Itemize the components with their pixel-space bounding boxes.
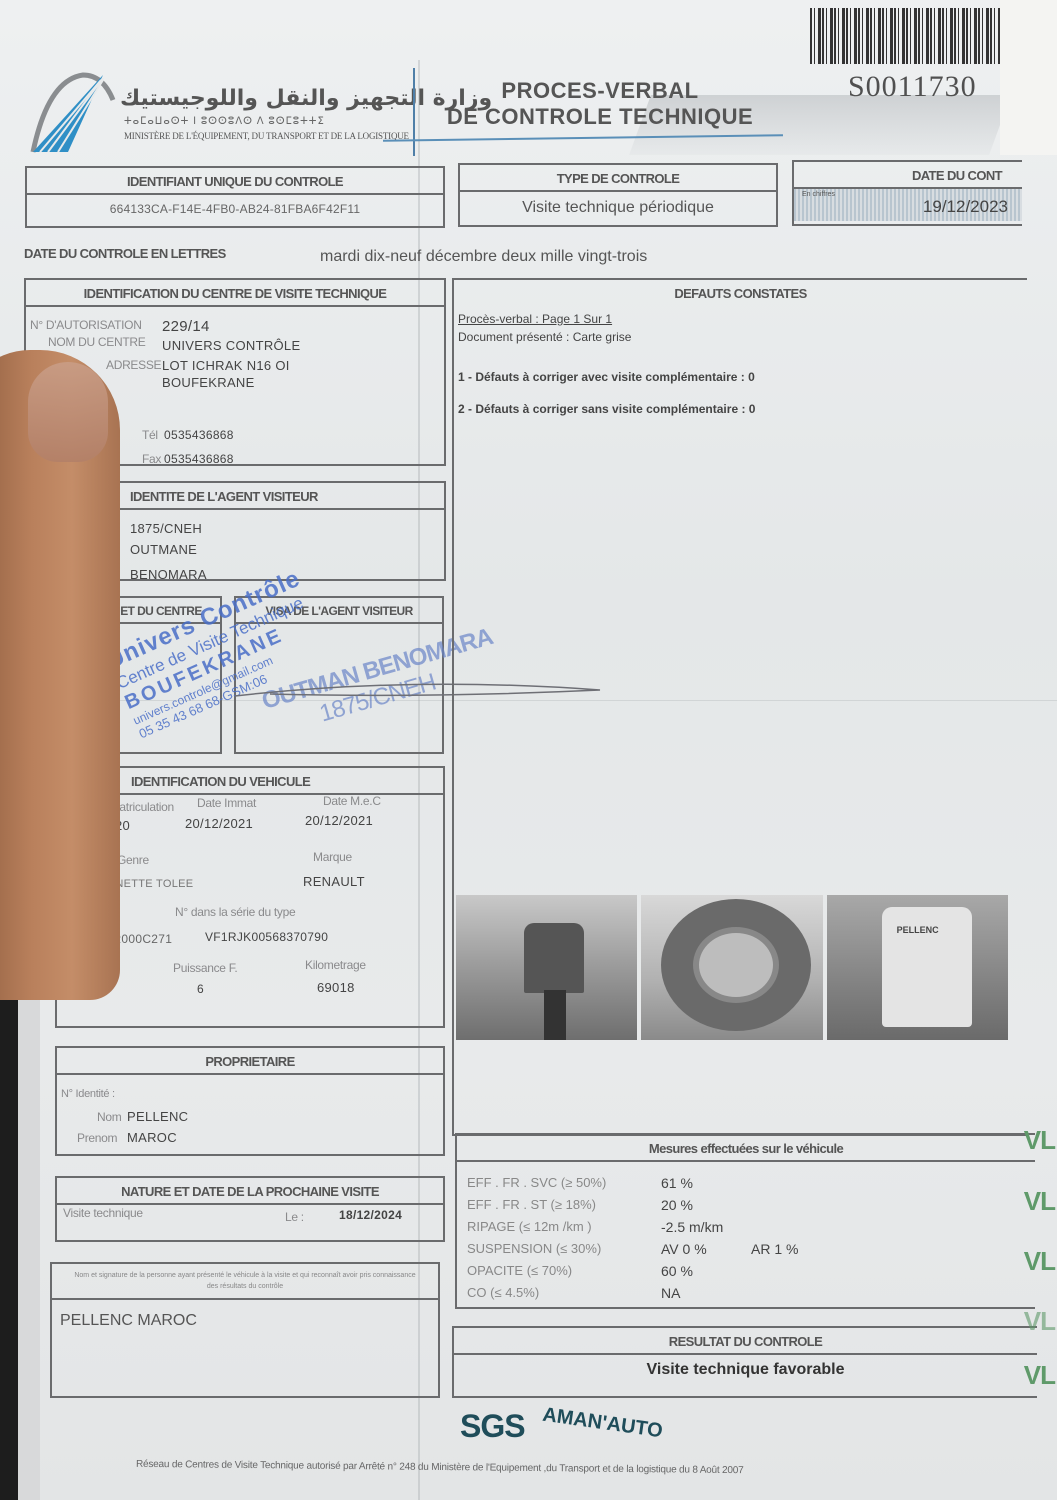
defaut-item: 2 - Défauts à corriger sans visite compl… (458, 402, 755, 416)
mesure-label: CO (≤ 4.5%) (467, 1285, 539, 1300)
signature-value: PELLENC MAROC (60, 1312, 197, 1330)
mesure-value: 61 % (661, 1175, 693, 1191)
identifiant-value: 664133CA-F14E-4FB0-AB24-81FBA6F42F11 (27, 195, 443, 216)
nom-value: PELLENC (127, 1109, 188, 1124)
mesure-label: EFF . FR . ST (≥ 18%) (467, 1197, 596, 1212)
kilometrage-value: 69018 (317, 980, 355, 995)
proprietaire-box: PROPRIETAIRE N° Identité : Nom PELLENC P… (55, 1046, 445, 1156)
date-controle-value: 19/12/2023 (923, 197, 1008, 217)
ministry-name-tifinagh: ⵜⴰⵎⴰⵡⴰⵙⵜ ⵏ ⵓⵙⵙⵓⴷⵙ ⴷ ⵓⵙⵎⵓⵜⵜⵉ (124, 116, 325, 127)
type-controle-value: Visite technique périodique (460, 192, 776, 217)
sgs-logo: SGS (460, 1408, 525, 1445)
title-line-2: DE CONTROLE TECHNIQUE (430, 104, 770, 130)
footer-text: Réseau de Centres de Visite Technique au… (136, 1459, 744, 1476)
mesure-label: OPACITE (≤ 70%) (467, 1263, 572, 1278)
agent-id: 1875/CNEH (130, 521, 202, 536)
mesure-row: OPACITE (≤ 70%)60 % (467, 1263, 867, 1285)
document-page: وزارة التجهيز والنقل واللوجيستيك ⵜⴰⵎⴰⵡⴰⵙ… (0, 0, 1057, 1500)
serial-number: S0011730 (848, 70, 977, 104)
barcode (810, 8, 1000, 64)
vehicle-photos: PELLENC (456, 895, 1008, 1040)
resultat-box: RESULTAT DU CONTROLE Visite technique fa… (452, 1326, 1037, 1398)
date-mec-label: Date M.e.C (323, 794, 381, 808)
mesure-row: EFF . FR . SVC (≥ 50%)61 % (467, 1175, 867, 1197)
resultat-header: RESULTAT DU CONTROLE (454, 1328, 1037, 1355)
vl-watermark: VL (1024, 1306, 1055, 1337)
autorisation-label: N° D'AUTORISATION (30, 318, 142, 332)
puissance-value: 6 (197, 982, 204, 996)
identifiant-box: IDENTIFIANT UNIQUE DU CONTROLE 664133CA-… (25, 166, 445, 228)
prenom-value: MAROC (127, 1130, 177, 1145)
mesure-row: SUSPENSION (≤ 30%)AV 0 %AR 1 % (467, 1241, 867, 1263)
mesure-value: -2.5 m/km (661, 1219, 723, 1235)
vl-watermark: VL (1024, 1246, 1055, 1277)
puissance-label: Puissance F. (173, 961, 237, 975)
prochaine-visite-box: NATURE ET DATE DE LA PROCHAINE VISITE Vi… (55, 1176, 445, 1242)
agent-prenom: OUTMANE (130, 542, 197, 557)
marque-value: RENAULT (303, 874, 365, 889)
identifiant-header: IDENTIFIANT UNIQUE DU CONTROLE (27, 168, 443, 195)
tel-label: Tél (142, 428, 158, 442)
fax-value: 0535436868 (164, 452, 234, 466)
mesure-row: CO (≤ 4.5%)NA (467, 1285, 867, 1307)
ministry-name-french: MINISTÈRE DE L'ÉQUIPEMENT, DU TRANSPORT … (124, 131, 409, 141)
mesure-label: SUSPENSION (≤ 30%) (467, 1241, 601, 1256)
date-mec-value: 20/12/2021 (305, 813, 373, 828)
genre-label: Genre (117, 853, 149, 867)
date-controle-header: DATE DU CONT (794, 162, 1022, 189)
fax-label: Fax (142, 452, 161, 466)
mesure-value: NA (661, 1285, 680, 1301)
proprietaire-header: PROPRIETAIRE (57, 1048, 443, 1075)
mesures-header: Mesures effectuées sur le véhicule (457, 1135, 1035, 1162)
nom-centre-value: UNIVERS CONTRÔLE (162, 338, 300, 353)
mesure-value: 20 % (661, 1197, 693, 1213)
agent-header: IDENTITE DE L'AGENT VISITEUR (114, 483, 444, 510)
date-immat-value: 20/12/2021 (185, 816, 253, 831)
vl-watermark: VL (1024, 1360, 1055, 1391)
marque-label: Marque (313, 850, 352, 864)
vl-watermark: VL (1024, 1186, 1055, 1217)
vl-watermark: VL (1024, 1125, 1055, 1156)
mesure-value-2: AR 1 % (751, 1241, 798, 1257)
page-info: Procès-verbal : Page 1 Sur 1 (458, 312, 612, 326)
amanauto-logo: AMAN'AUTO (541, 1404, 664, 1444)
fingernail (28, 362, 108, 462)
prochaine-visite-date: 18/12/2024 (339, 1208, 402, 1222)
centre-header: IDENTIFICATION DU CENTRE DE VISITE TECHN… (26, 280, 444, 307)
serie-label: N° dans la série du type (175, 905, 295, 919)
prochaine-visite-le-label: Le : (285, 1210, 304, 1224)
mesure-row: EFF . FR . ST (≥ 18%)20 % (467, 1197, 867, 1219)
title-separator (413, 68, 415, 156)
defauts-header: DEFAUTS CONSTATES (454, 280, 1027, 305)
tel-value: 0535436868 (164, 428, 234, 442)
kilometrage-label: Kilometrage (305, 958, 366, 972)
title-line-1: PROCES-VERBAL (430, 78, 770, 104)
date-controle-sublabel: En chiffres (802, 191, 835, 198)
nom-label: Nom (97, 1110, 121, 1124)
adresse-label: ADRESSE (106, 358, 161, 372)
mesure-value: AV 0 % (661, 1241, 707, 1257)
mesure-value: 60 % (661, 1263, 693, 1279)
agent-box: IDENTITE DE L'AGENT VISITEUR 1875/CNEH O… (112, 481, 446, 581)
adresse-line-2: BOUFEKRANE (162, 375, 255, 390)
ministry-logo-icon (28, 70, 118, 155)
photo-edge (0, 1000, 40, 1500)
type-controle-box: TYPE DE CONTROLE Visite technique périod… (458, 163, 778, 227)
type-controle-header: TYPE DE CONTROLE (460, 165, 776, 192)
background-patch (1000, 0, 1057, 155)
date-lettres-value: mardi dix-neuf décembre deux mille vingt… (320, 248, 647, 266)
adresse-line-1: LOT ICHRAK N16 OI (162, 358, 290, 373)
date-lettres-label: DATE DU CONTROLE EN LETTRES (24, 246, 226, 261)
signature-box: Nom et signature de la personne ayant pr… (50, 1262, 440, 1398)
prochaine-visite-header: NATURE ET DATE DE LA PROCHAINE VISITE (57, 1178, 443, 1205)
mesures-box: Mesures effectuées sur le véhicule EFF .… (455, 1133, 1035, 1309)
autorisation-value: 229/14 (162, 318, 210, 335)
agent-nom: BENOMARA (130, 567, 207, 582)
defaut-item: 1 - Défauts à corriger avec visite compl… (458, 370, 755, 384)
prenom-label: Prenom (77, 1131, 117, 1145)
mesure-label: EFF . FR . SVC (≥ 50%) (467, 1175, 606, 1190)
document-presente: Document présenté : Carte grise (458, 330, 631, 344)
date-immat-label: Date Immat (197, 796, 256, 810)
prochaine-visite-nature: Visite technique (63, 1206, 143, 1220)
document-title: PROCES-VERBAL DE CONTROLE TECHNIQUE (430, 78, 770, 130)
identite-label: N° Identité : (61, 1088, 115, 1100)
mesure-label: RIPAGE (≤ 12m /km ) (467, 1219, 592, 1234)
wheel-photo (641, 895, 822, 1040)
signature-header: Nom et signature de la personne ayant pr… (52, 1264, 438, 1300)
serie-value: VF1RJK00568370790 (205, 930, 328, 944)
date-controle-box: DATE DU CONT En chiffres 19/12/2023 (792, 160, 1022, 226)
rear-view-photo: PELLENC (827, 895, 1008, 1040)
mesure-row: RIPAGE (≤ 12m /km )-2.5 m/km (467, 1219, 867, 1241)
nom-centre-label: NOM DU CENTRE (48, 335, 145, 349)
resultat-value: Visite technique favorable (454, 1355, 1037, 1379)
front-view-photo (456, 895, 637, 1040)
